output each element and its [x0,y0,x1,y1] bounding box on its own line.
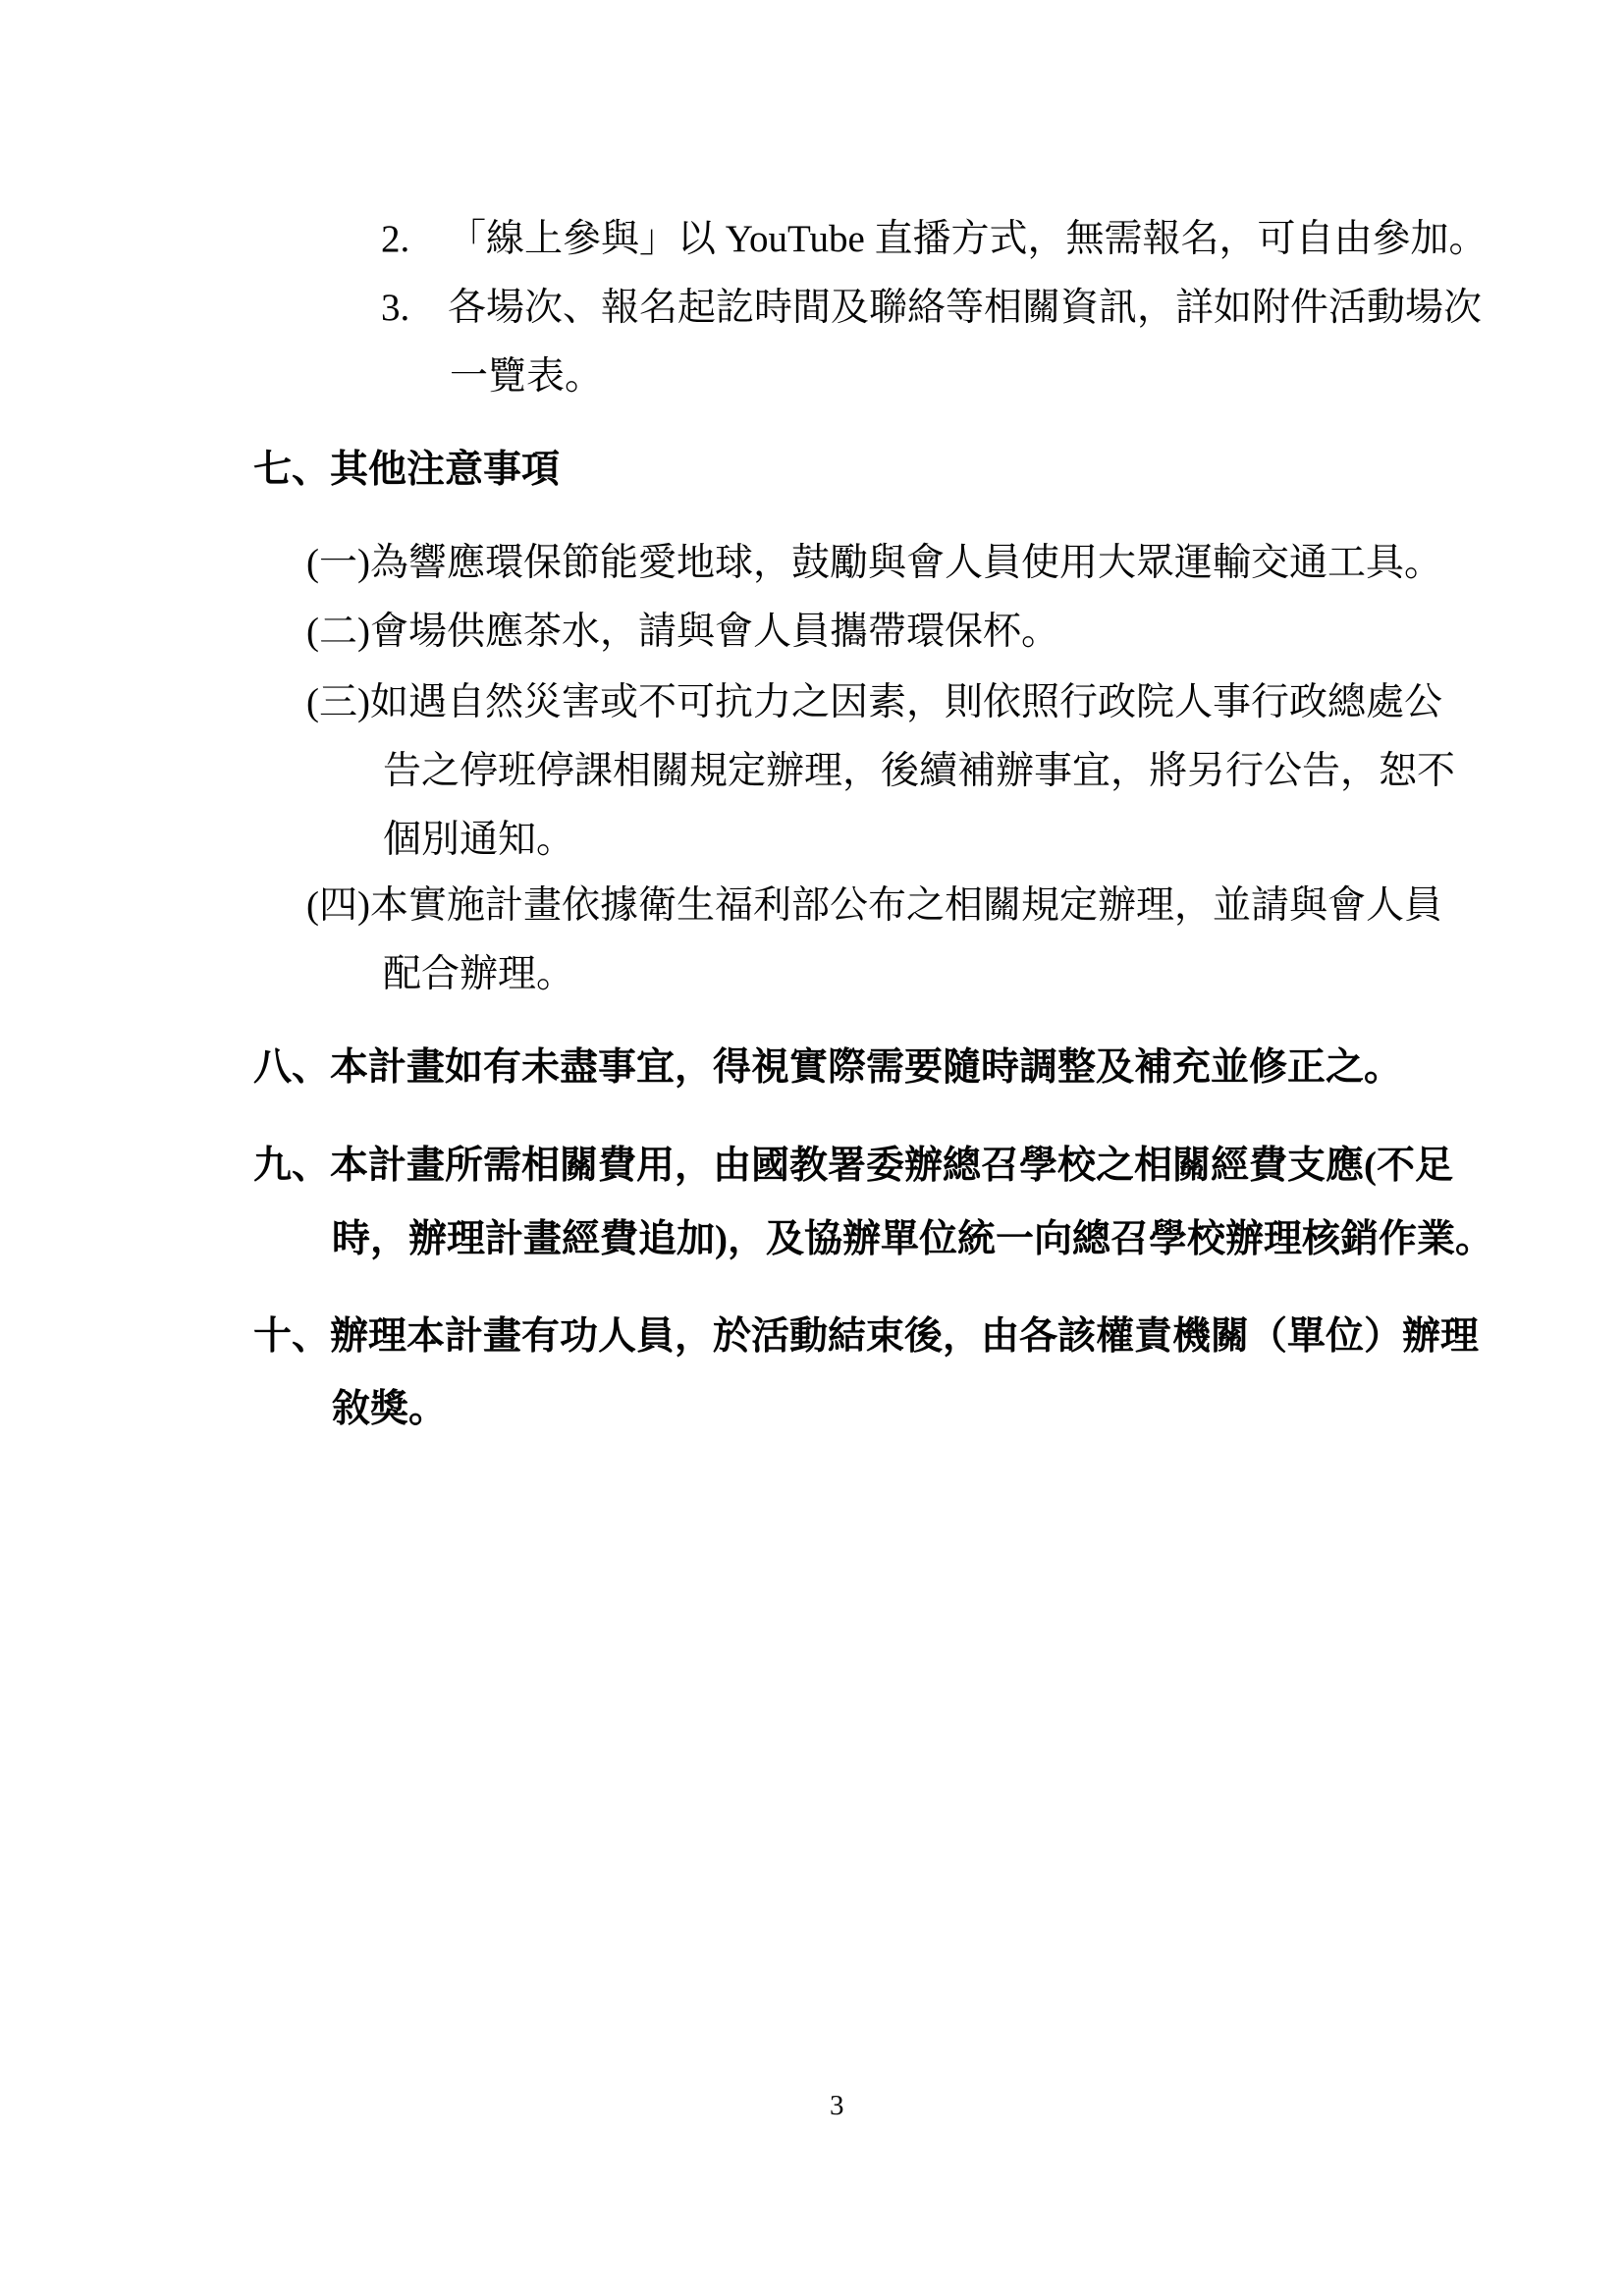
list-item-3-number: 3. [381,289,409,327]
section-7-item-3-line2: 告之停班停課相關規定辦理，後續補辦事宜，將另行公告，恕不 [383,752,1455,790]
page-number: 3 [830,2092,844,2120]
section-9-line2: 時，辦理計畫經費追加)，及協辦單位統一向總召學校辦理核銷作業。 [332,1220,1493,1258]
section-9-text-line1: 本計畫所需相關費用，由國教署委辦總召學校之相關經費支應(不足 [330,1145,1453,1187]
section-9-marker: 九、 [253,1147,330,1185]
list-item-3-text-line1: 各場次、報名起訖時間及聯絡等相關資訊，詳如附件活動場次 [448,289,1482,327]
item-2-text: 會場供應茶水，請與會人員攜帶環保杯。 [370,611,1059,653]
section-8-line1: 八、本計畫如有未盡事宜，得視實際需要隨時調整及補充並修正之。 [253,1048,1402,1087]
section-7-item-2: (二)會場供應茶水，請與會人員攜帶環保杯。 [306,613,1059,651]
section-10-text-line1: 辦理本計畫有功人員，於活動結束後，由各該權責機關（單位）辦理 [330,1315,1479,1358]
section-10-line1: 十、辦理本計畫有功人員，於活動結束後，由各該權責機關（單位）辦理 [253,1317,1479,1356]
document-page: 2. 「線上參與」以 YouTube 直播方式，無需報名，可自由參加。 3. 各… [0,0,1624,2296]
section-8-marker: 八、 [253,1048,330,1087]
section-10-marker: 十、 [253,1317,330,1356]
list-item-3-text-line2: 一覽表。 [450,357,603,396]
section-7-item-1: (一)為響應環保節能愛地球，鼓勵與會人員使用大眾運輸交通工具。 [306,544,1442,582]
section-7-heading: 七、其他注意事項 [253,451,560,489]
section-7-item-3-line3: 個別通知。 [383,821,574,859]
section-7-item-4-line2: 配合辦理。 [383,955,574,993]
section-7-item-4-line1: (四)本實施計畫依據衛生福利部公布之相關規定辦理，並請與會人員 [306,886,1442,925]
section-7-item-3-line1: (三)如遇自然災害或不可抗力之因素，則依照行政院人事行政總處公 [306,683,1442,721]
item-3-marker: (三) [306,683,370,721]
item-4-text-line1: 本實施計畫依據衛生福利部公布之相關規定辦理，並請與會人員 [370,884,1442,927]
list-item-2-text: 「線上參與」以 YouTube 直播方式，無需報名，可自由參加。 [448,220,1488,258]
item-4-marker: (四) [306,886,370,925]
item-1-text: 為響應環保節能愛地球，鼓勵與會人員使用大眾運輸交通工具。 [370,542,1442,584]
item-3-text-line1: 如遇自然災害或不可抗力之因素，則依照行政院人事行政總處公 [370,681,1442,723]
section-10-line2: 敘獎。 [332,1390,447,1428]
section-8-text: 本計畫如有未盡事宜，得視實際需要隨時調整及補充並修正之。 [330,1046,1402,1089]
item-2-marker: (二) [306,613,370,651]
section-9-line1: 九、本計畫所需相關費用，由國教署委辦總召學校之相關經費支應(不足 [253,1147,1453,1185]
item-1-marker: (一) [306,544,370,582]
list-item-2-number: 2. [381,220,409,258]
